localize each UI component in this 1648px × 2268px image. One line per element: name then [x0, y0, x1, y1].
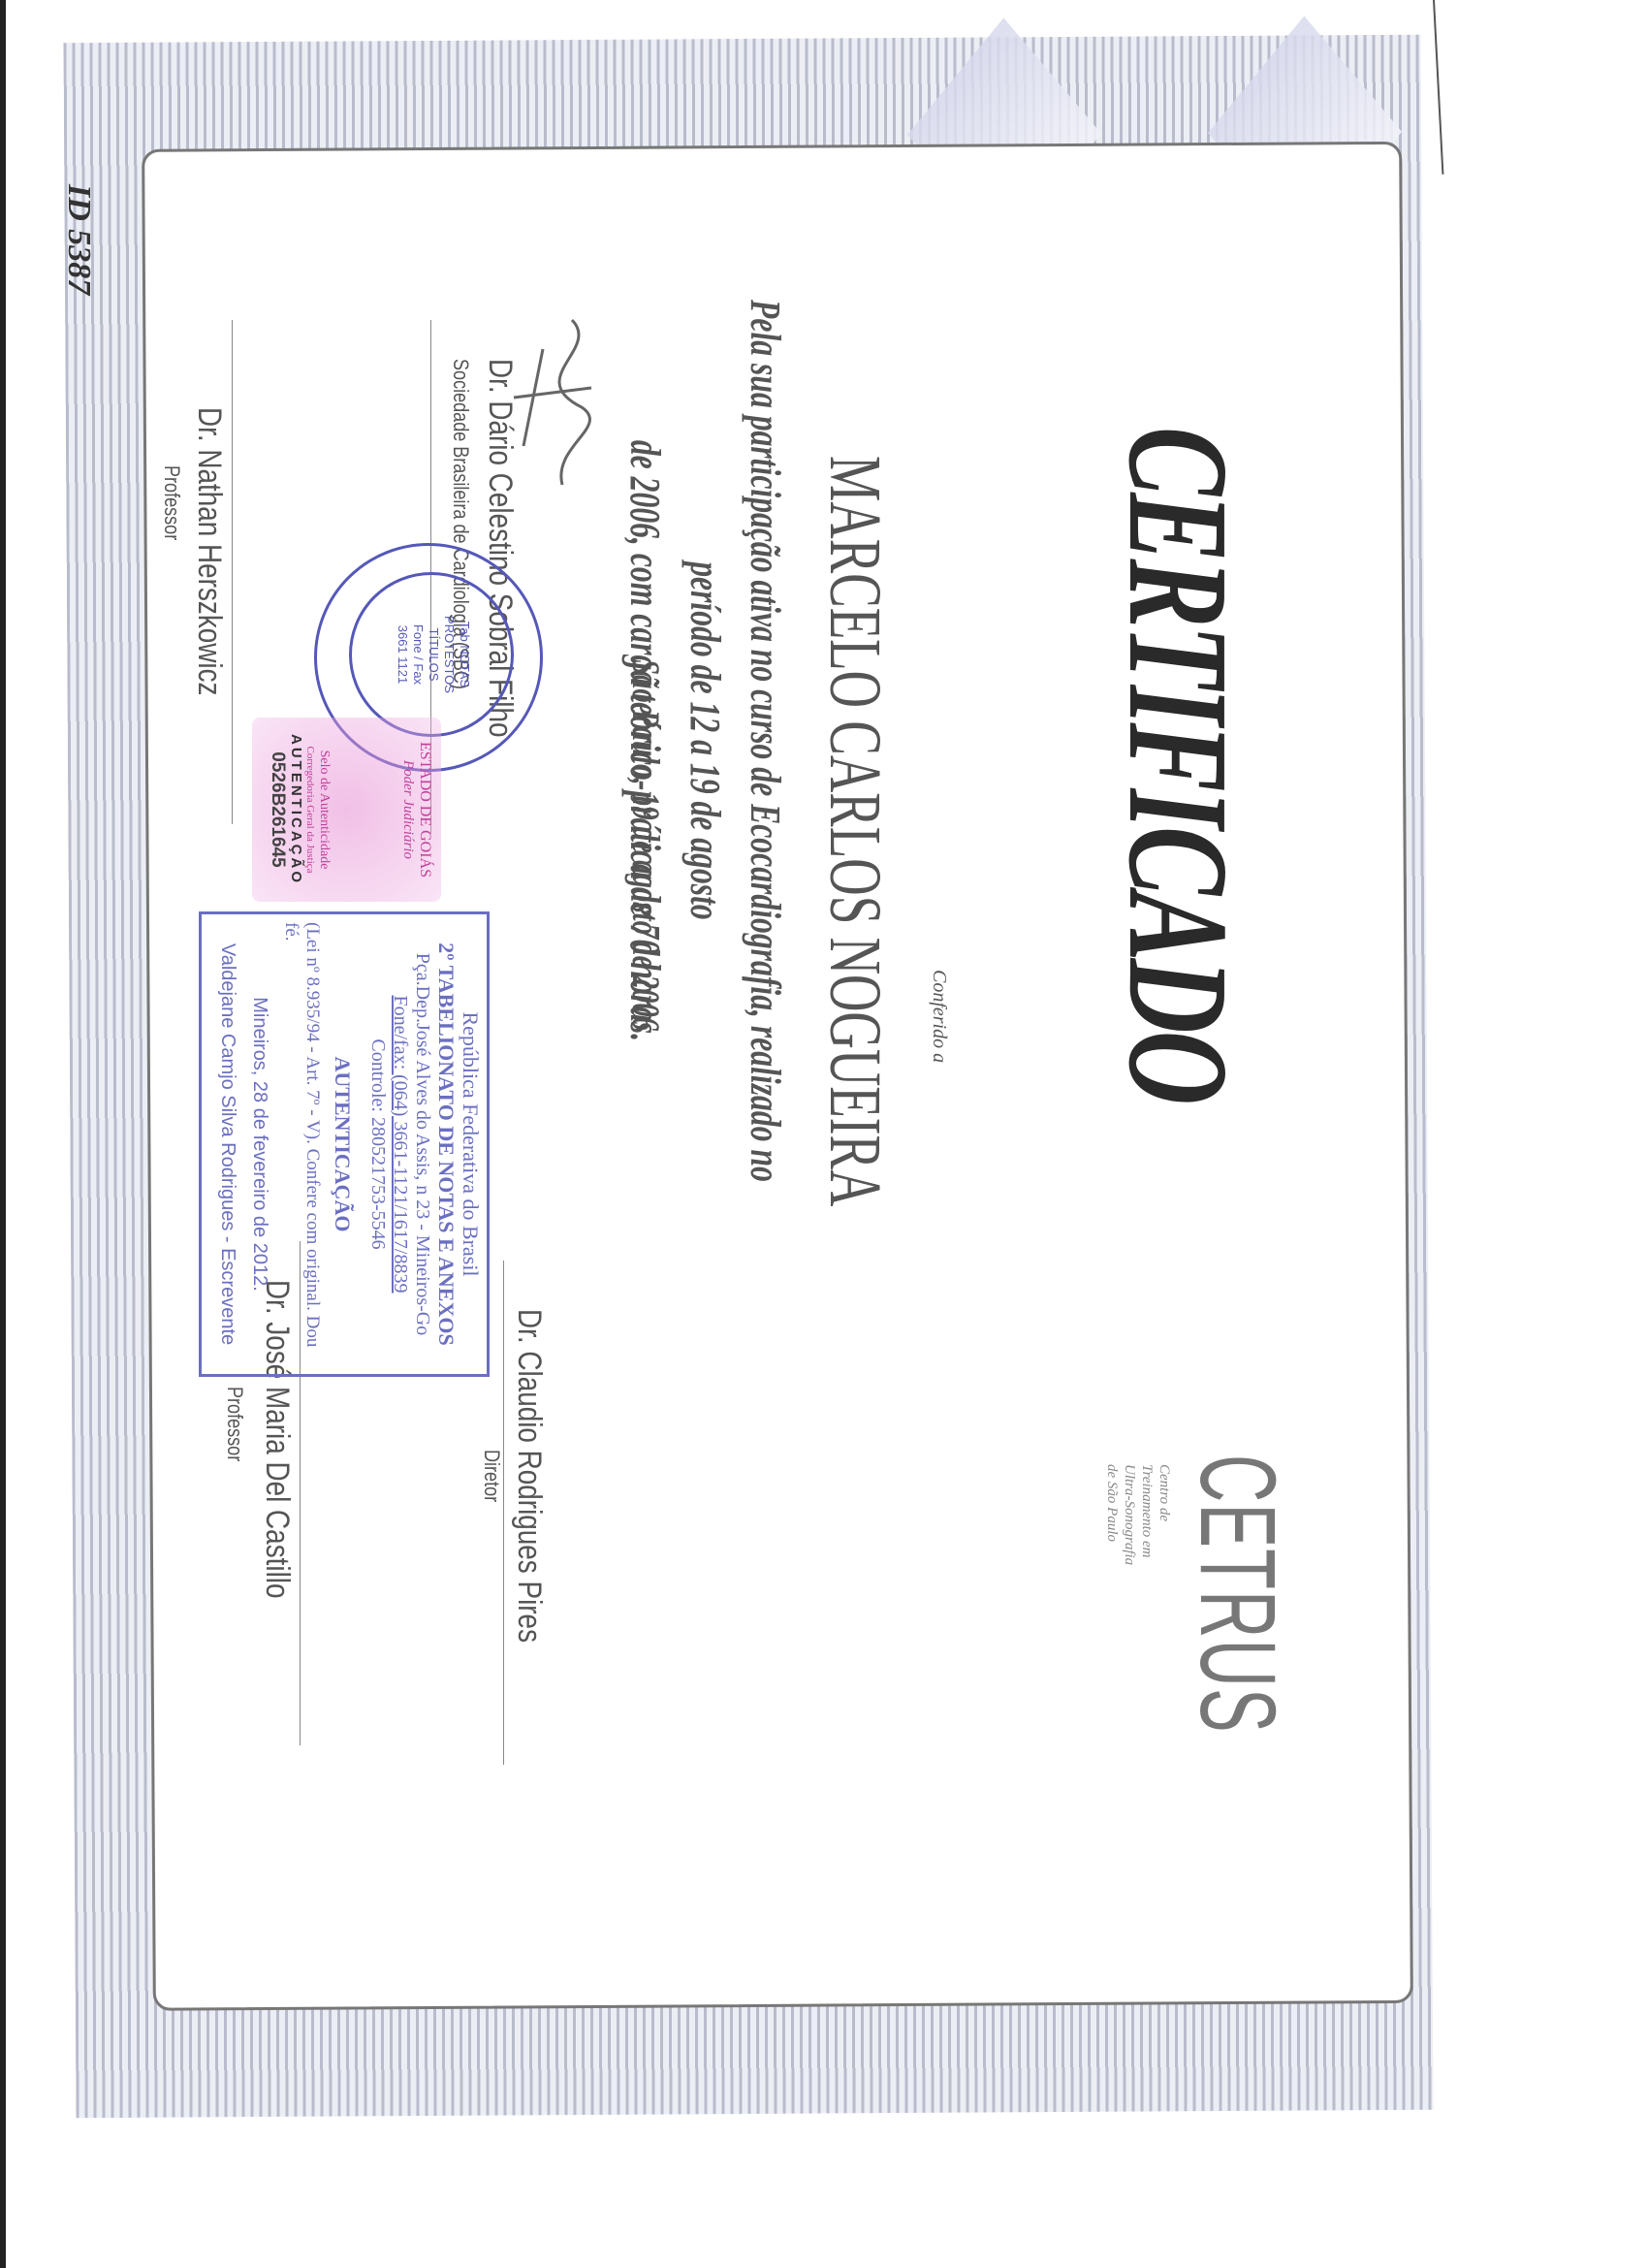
signatory-name: Dr. Nathan Herszkowicz: [190, 407, 228, 695]
signatory-role: Diretor: [479, 1450, 504, 1502]
notary-office: 2º TABELIONATO DE NOTAS E ANEXOS: [433, 922, 458, 1366]
conferred-label: Conferido a: [928, 970, 950, 1063]
notary-clerk: Valdejane Camjo Silva Rodrigues - Escrev…: [216, 922, 238, 1366]
signatory-role: Professor: [159, 465, 184, 540]
signatory-role: Professor: [222, 1387, 247, 1461]
signatory-name: Dr. Claudio Rodrigues Pires: [510, 1309, 548, 1643]
signature-line: [232, 320, 233, 824]
stamp-line: PROTESTOS: [441, 575, 457, 734]
stamp-line: TÍTULOS: [426, 575, 441, 734]
recipient-name: MARCELO CARLOS NOGUEIRA: [812, 456, 897, 1206]
certificate-content: CERTIFICADO Conferido a MARCELO CARLOS N…: [0, 0, 1648, 2268]
logo-subtitle: Centro de Treinamento em Ultra-Sonografi…: [1103, 1464, 1173, 1581]
notary-place-date: Mineiros, 28 de fevereiro de 2012.: [248, 922, 270, 1366]
seal-type: AUTENTICAÇÃO: [288, 718, 304, 902]
stamp-line: 3661 1121: [395, 575, 410, 734]
body-line: Pela sua participação ativa no curso de …: [675, 252, 795, 1230]
seal-label: Selo de Autenticidade: [316, 718, 332, 902]
stamp-line: Fone / Fax: [410, 575, 426, 734]
place-date: São Paulo, 19 de agosto de 2006: [623, 659, 669, 1031]
seal-issuer: Corregedoria Geral da Justiça: [304, 718, 316, 902]
document-id: ID 5387: [60, 184, 97, 295]
certificate-title: CERTIFICADO: [1095, 427, 1260, 1102]
notary-address: Pça.Dep.José Alves do Assis, n 23 - Mine…: [411, 922, 433, 1366]
notary-phone: Fone/fax: (064) 3661-1121/1617/8839: [389, 922, 411, 1366]
round-stamp: Tab NOTAS PROTESTOS TÍTULOS Fone / Fax 3…: [349, 572, 514, 737]
authenticity-seal: ESTADO DE GOIÁS Poder Judiciário Selo de…: [252, 718, 441, 902]
cetrus-logo: CETRUS: [1176, 1454, 1299, 1734]
seal-state: ESTADO DE GOIÁS: [416, 718, 433, 902]
stamp-line: Tab NOTAS: [457, 575, 472, 734]
signature-line: [503, 1261, 504, 1765]
seal-branch: Poder Judiciário: [399, 718, 416, 902]
notary-heading: AUTENTICAÇÃO: [331, 922, 355, 1366]
seal-code: 0526B261645: [267, 718, 288, 902]
handwritten-signature: [494, 291, 611, 504]
notary-control: Controle: 280521753-5546: [366, 922, 389, 1366]
notary-republic: República Federativa do Brasil: [459, 922, 483, 1366]
notary-law: (Lei nº 8.935/94 - Art. 7º - V). Confere…: [280, 922, 323, 1366]
notary-stamp: República Federativa do Brasil 2º TABELI…: [199, 911, 490, 1377]
